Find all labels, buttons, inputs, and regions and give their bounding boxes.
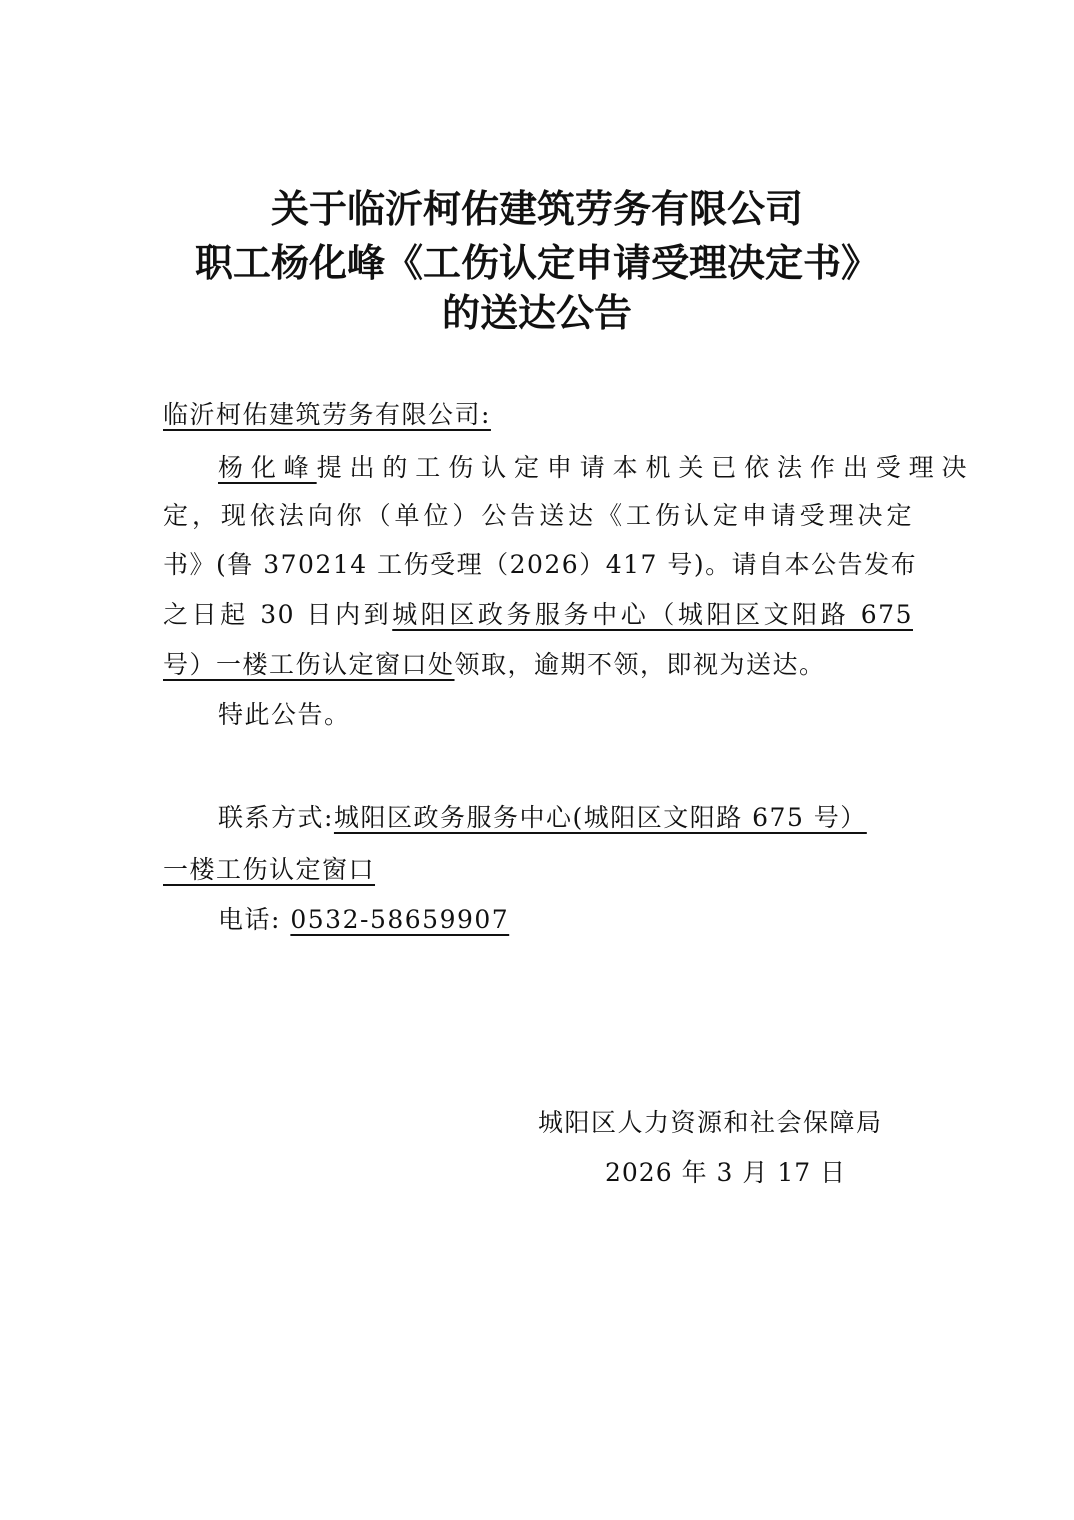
contact-address: 城阳区政务服务中心(城阳区文阳路 675 号） <box>334 803 867 832</box>
addressee-company: 临沂柯佑建筑劳务有限公司: <box>163 400 491 429</box>
body-line-1: 杨化峰提出的工伤认定申请本机关已依法作出受理决 <box>163 450 968 486</box>
closing-line: 特此公告。 <box>163 697 968 733</box>
contact-line-2: 一楼工伤认定窗口 <box>163 852 913 888</box>
decision-reference: 书》(鲁 370214 工伤受理（2026）417 号)。请自本公告发布 <box>163 550 917 579</box>
body-text: 之日起 30 日内到 <box>163 600 392 629</box>
document-title-line-2: 职工杨化峰《工伤认定申请受理决定书》 <box>0 236 1074 290</box>
pickup-location-cont: 号）一楼工伤认定窗口处 <box>163 650 455 679</box>
issuing-organization: 城阳区人力资源和社会保障局 <box>538 1105 883 1141</box>
contact-label: 联系方式: <box>218 803 334 832</box>
pickup-location: 城阳区政务服务中心（城阳区文阳路 675 <box>392 600 913 629</box>
document-title-line-3: 的送达公告 <box>0 286 1074 340</box>
document-title-line-1: 关于临沂柯佑建筑劳务有限公司 <box>0 182 1074 236</box>
body-line-5: 号）一楼工伤认定窗口处领取，逾期不领，即视为送达。 <box>163 647 913 683</box>
body-line-2: 定，现依法向你（单位）公告送达《工伤认定申请受理决定 <box>163 498 913 534</box>
phone-line: 电话: 0532-58659907 <box>163 902 968 938</box>
salutation: 临沂柯佑建筑劳务有限公司: <box>163 397 913 433</box>
body-line-3: 书》(鲁 370214 工伤受理（2026）417 号)。请自本公告发布 <box>163 547 913 583</box>
contact-line-1: 联系方式:城阳区政务服务中心(城阳区文阳路 675 号） <box>163 800 968 836</box>
body-line-4: 之日起 30 日内到城阳区政务服务中心（城阳区文阳路 675 <box>163 597 913 633</box>
contact-address-cont: 一楼工伤认定窗口 <box>163 855 375 884</box>
phone-label: 电话: <box>218 905 290 934</box>
phone-number: 0532-58659907 <box>290 905 509 934</box>
body-text: 定，现依法向你（单位）公告送达《工伤认定申请受理决定 <box>163 501 913 530</box>
worker-name: 杨化峰 <box>218 453 317 482</box>
closing-text: 特此公告。 <box>218 700 351 729</box>
body-text: 领取，逾期不领，即视为送达。 <box>455 650 826 679</box>
document-page: 关于临沂柯佑建筑劳务有限公司 职工杨化峰《工伤认定申请受理决定书》 的送达公告 … <box>0 0 1074 1520</box>
issue-date: 2026 年 3 月 17 日 <box>605 1155 846 1191</box>
body-text: 提出的工伤认定申请本机关已依法作出受理决 <box>317 453 968 482</box>
